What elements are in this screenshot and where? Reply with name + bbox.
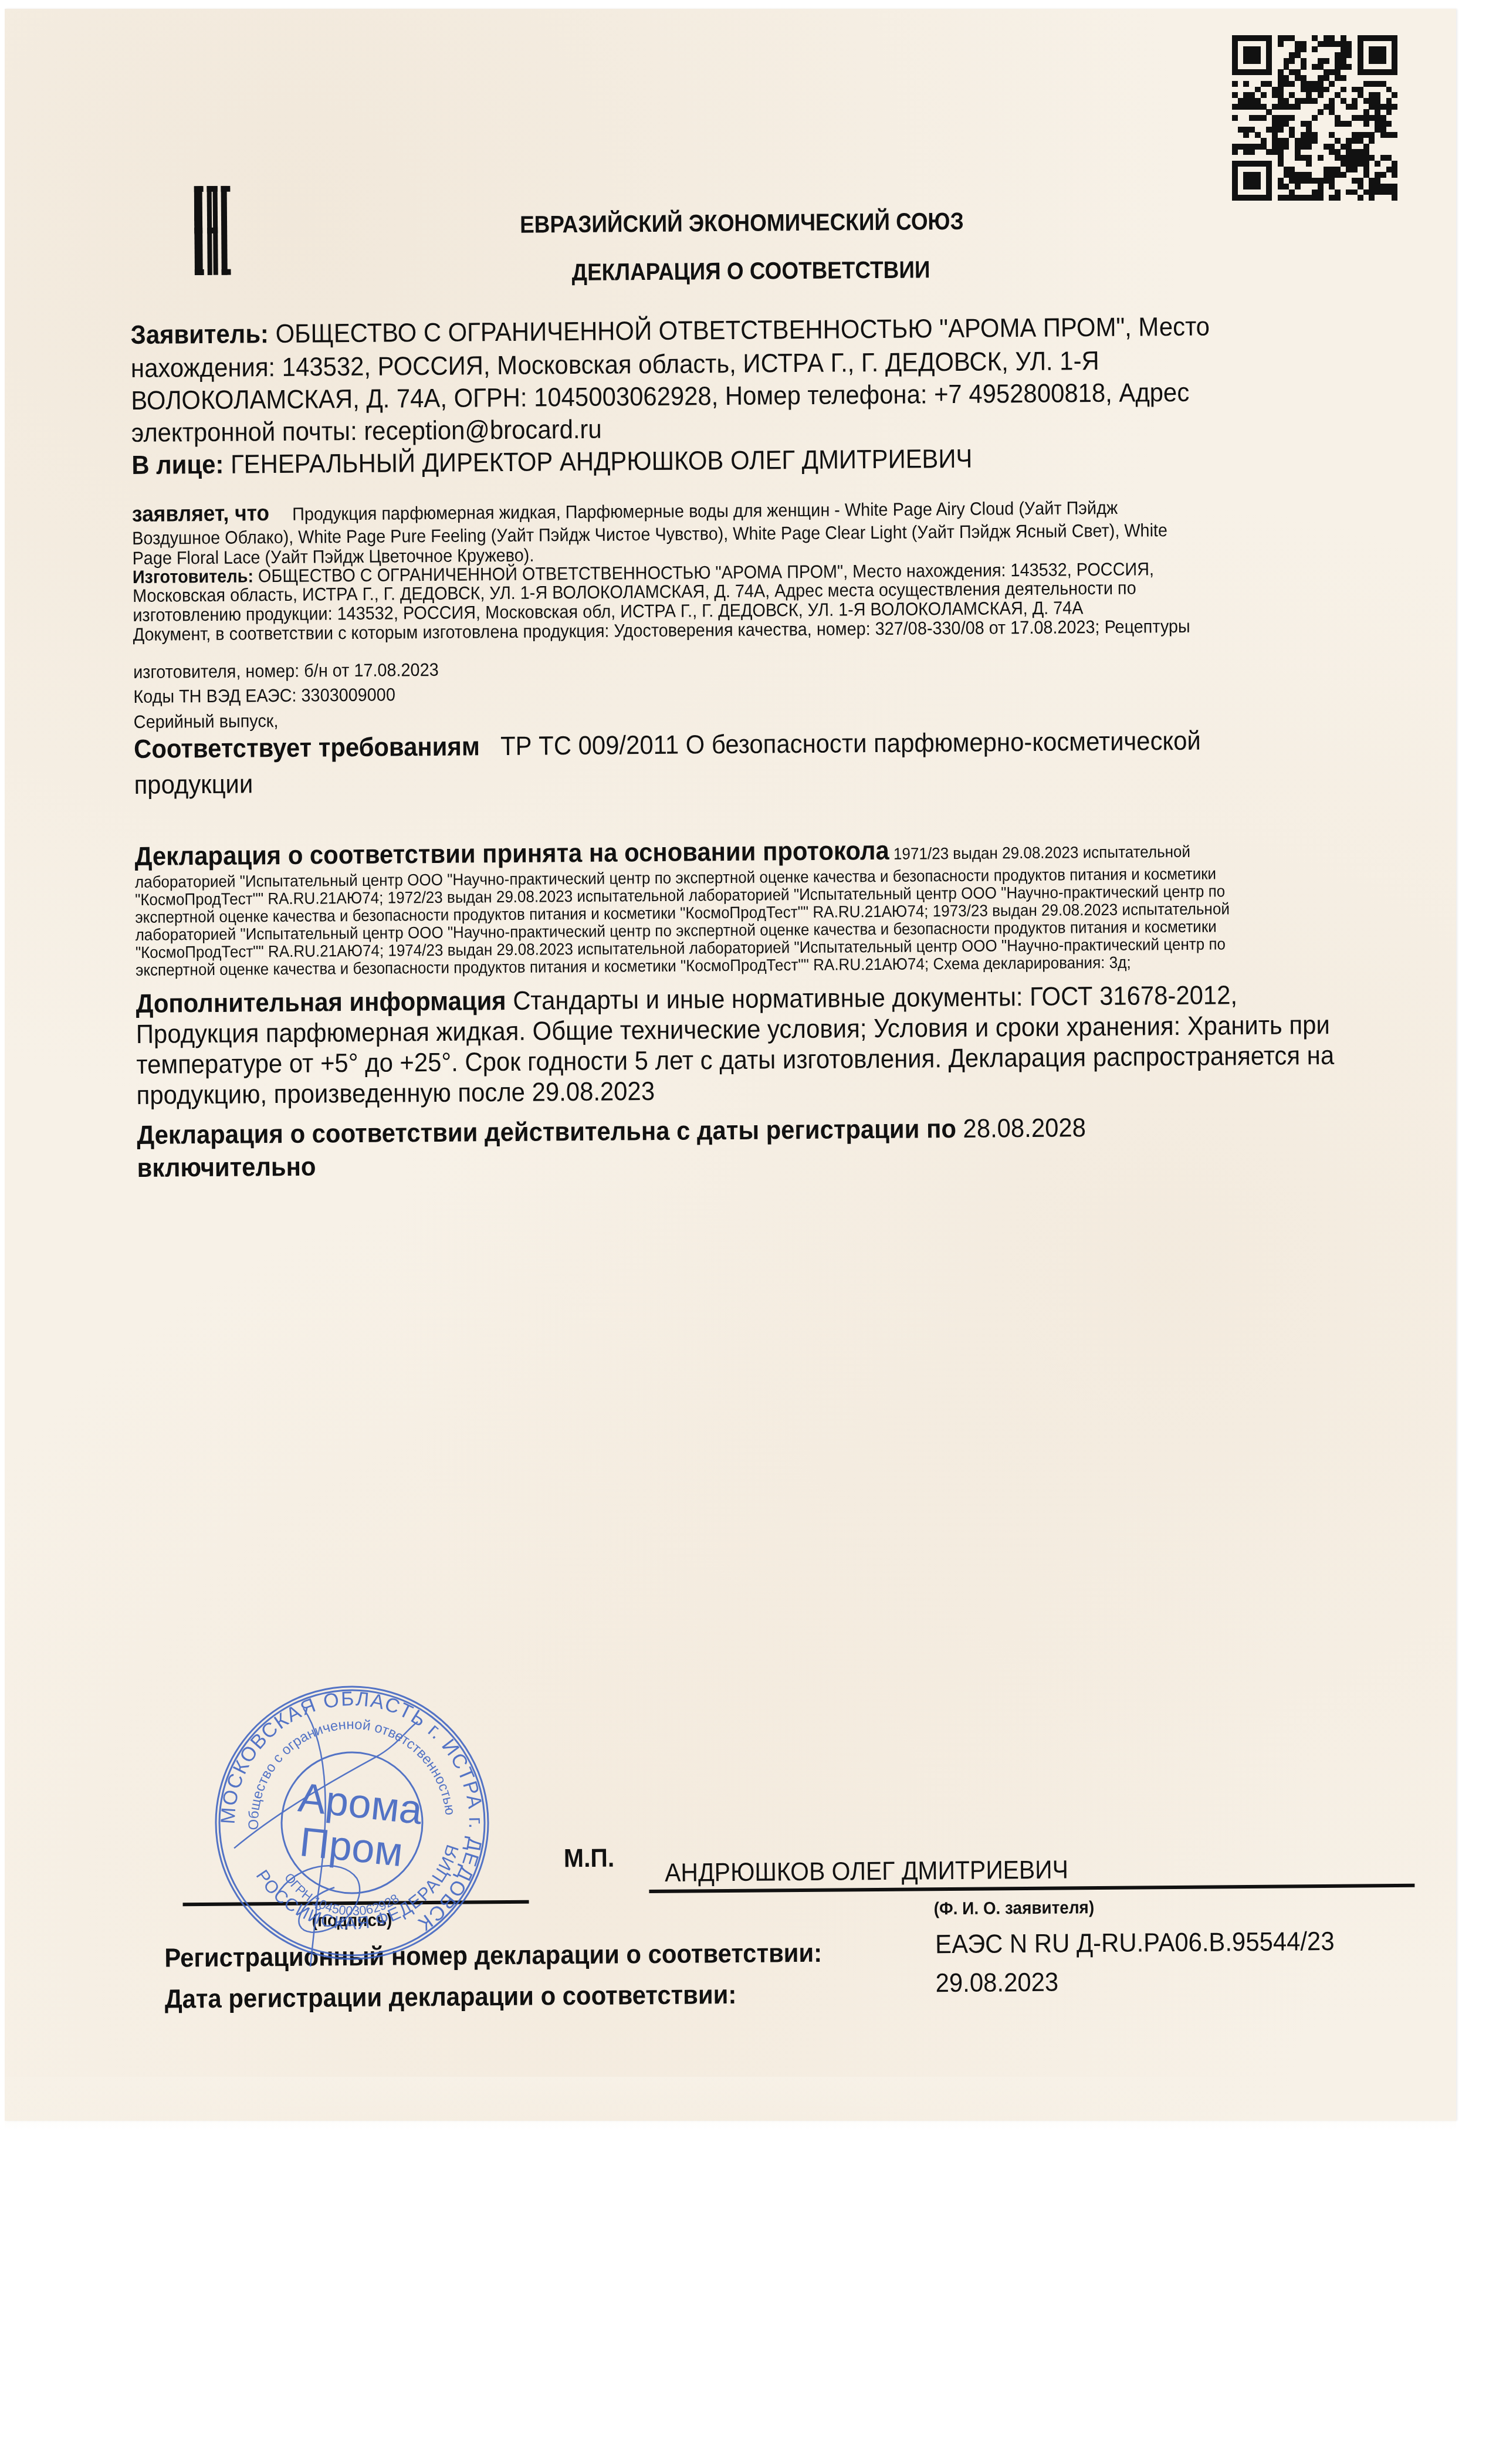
additional-label: Дополнительная информация — [136, 986, 506, 1018]
applicant-label: Заявитель: — [130, 319, 269, 350]
union-title: ЕВРАЗИЙСКИЙ ЭКОНОМИЧЕСКИЙ СОЮЗ — [520, 208, 964, 239]
protocol-line-1: Декларация о соответствии принята на осн… — [134, 835, 1190, 869]
declares-label: заявляет, что — [132, 501, 269, 527]
validity-line-1: Декларация о соответствии действительна … — [137, 1114, 1086, 1148]
protocol-label: Декларация о соответствии принята на осн… — [134, 835, 889, 871]
compliance-line-2: продукции — [134, 770, 253, 798]
manufacturer-line-5: изготовителя, номер: б/н от 17.08.2023 — [133, 661, 439, 681]
registration-date-label: Дата регистрации декларации о соответств… — [165, 1981, 737, 2012]
registration-date-value: 29.08.2023 — [935, 1969, 1058, 1996]
seal-label: М.П. — [564, 1846, 615, 1872]
additional-line-4: продукцию, произведенную после 29.08.202… — [137, 1078, 655, 1108]
compliance-standard: ТР ТС 009/2011 О безопасности парфюмерно… — [500, 726, 1201, 761]
validity-label: Декларация о соответствии действительна … — [137, 1113, 956, 1150]
manufacturer-label: Изготовитель: — [133, 566, 253, 587]
compliance-line-1: Соответствует требованиямТР ТС 009/2011 … — [134, 727, 1201, 762]
represented-by-line: В лице: ГЕНЕРАЛЬНЫЙ ДИРЕКТОР АНДРЮШКОВ О… — [131, 445, 972, 478]
compliance-label: Соответствует требованиям — [134, 731, 480, 764]
applicant-line-2: нахождения: 143532, РОССИЯ, Московская о… — [131, 347, 1099, 381]
applicant-line-4: электронной почты: reception@brocard.ru — [131, 416, 602, 446]
validity-date: 28.08.2028 — [956, 1112, 1086, 1143]
applicant-line-3: ВОЛОКОЛАМСКАЯ, Д. 74А, ОГРН: 10450030629… — [131, 379, 1189, 414]
document-title: ДЕКЛАРАЦИЯ О СООТВЕТСТВИИ — [572, 256, 930, 286]
eac-logo-icon — [194, 186, 231, 275]
represented-label: В лице: — [131, 449, 224, 480]
applicant-line-1: Заявитель: ОБЩЕСТВО С ОГРАНИЧЕННОЙ ОТВЕТ… — [130, 313, 1210, 348]
hs-codes-line: Коды ТН ВЭД ЕАЭС: 3303009000 — [133, 685, 395, 706]
declares-line-2: Воздушное Облако), White Page Pure Feeli… — [132, 521, 1167, 547]
represented-value: ГЕНЕРАЛЬНЫЙ ДИРЕКТОР АНДРЮШКОВ ОЛЕГ ДМИТ… — [224, 444, 972, 479]
signatory-name: АНДРЮШКОВ ОЛЕГ ДМИТРИЕВИЧ — [665, 1857, 1068, 1886]
registration-number-value: ЕАЭС N RU Д-RU.РА06.В.95544/23 — [935, 1928, 1335, 1957]
name-caption: (Ф. И. О. заявителя) — [934, 1899, 1095, 1918]
validity-line-2: включительно — [137, 1153, 316, 1181]
company-stamp-icon: МОСКОВСКАЯ ОБЛАСТЬ г. ИСТРА г. ДЕДОВСК О… — [208, 1679, 496, 1967]
serial-release-line: Серийный выпуск, — [134, 712, 279, 731]
